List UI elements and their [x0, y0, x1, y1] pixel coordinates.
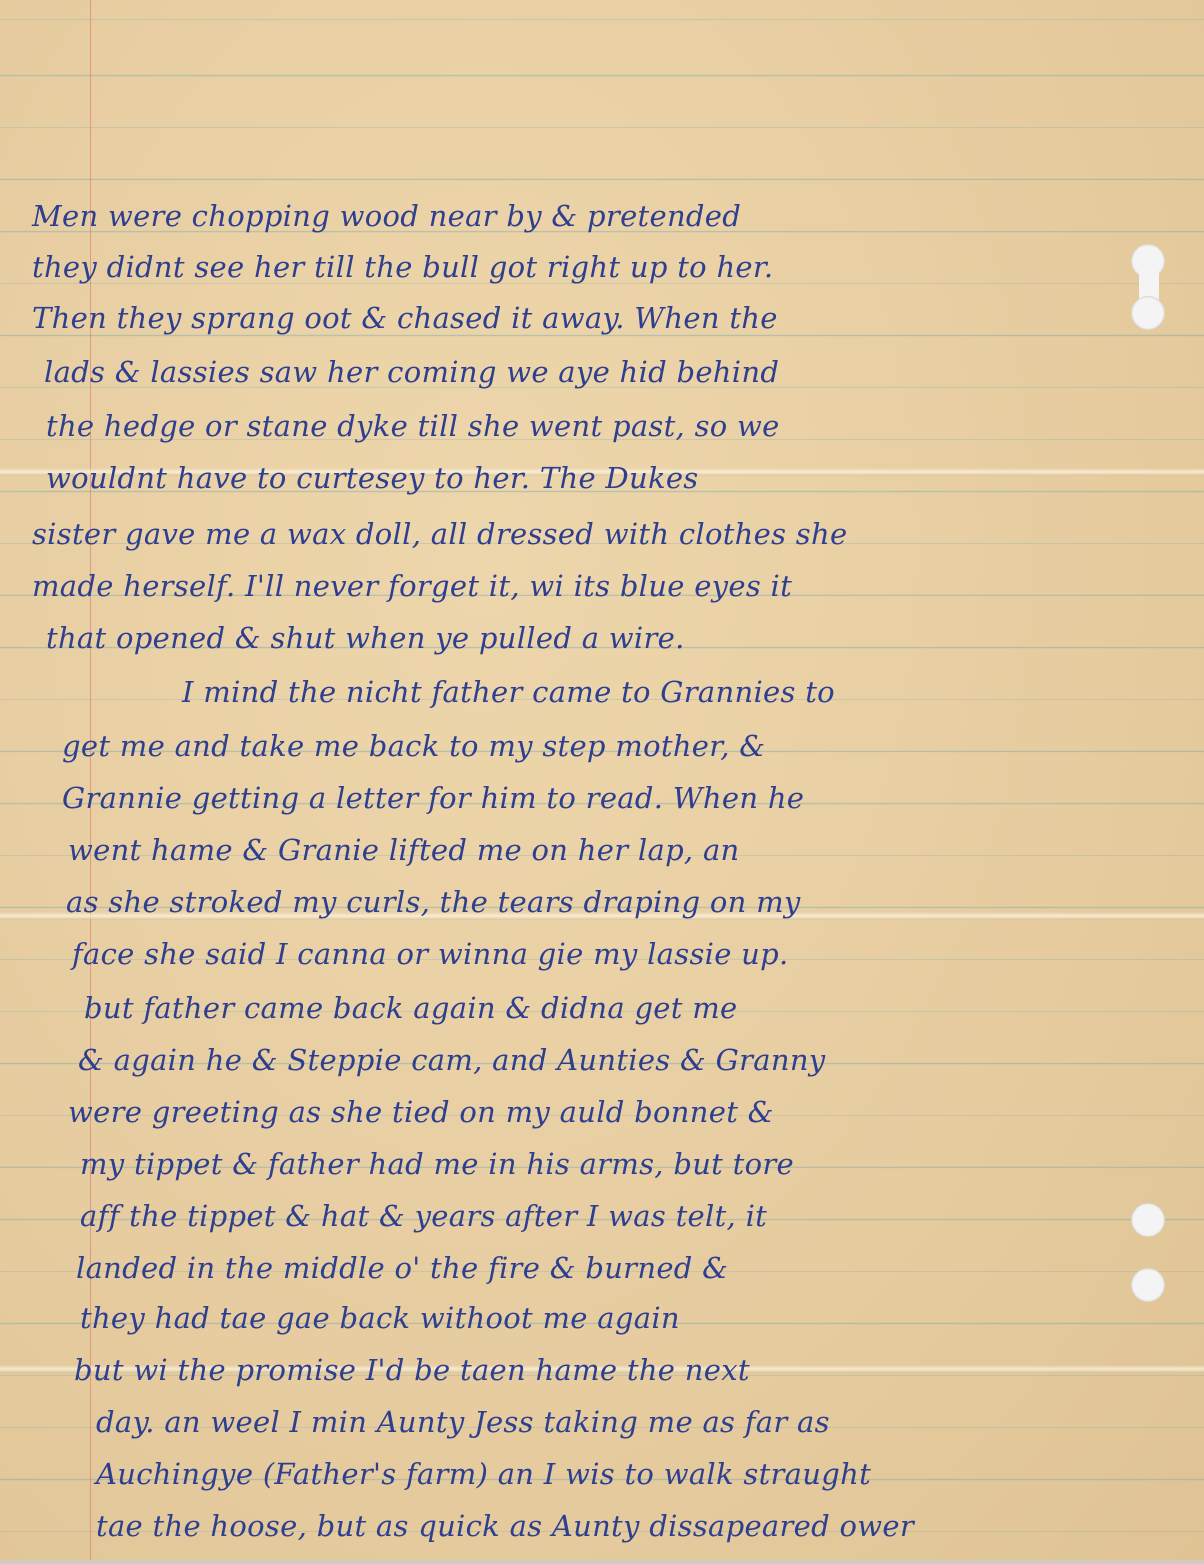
text-line: Men were chopping wood near by & pretend… — [32, 196, 741, 236]
text-line: wouldnt have to curtesey to her. The Duk… — [46, 458, 698, 498]
text-line: my tippet & father had me in his arms, b… — [80, 1144, 794, 1184]
text-line: were greeting as she tied on my auld bon… — [68, 1092, 774, 1132]
text-line: aff the tippet & hat & years after I was… — [80, 1196, 767, 1236]
handwritten-text: Men were chopping wood near by & pretend… — [0, 0, 1204, 1564]
text-line: Auchingye (Father's farm) an I wis to wa… — [96, 1454, 871, 1494]
text-line: face she said I canna or winna gie my la… — [72, 934, 789, 974]
text-line: they had tae gae back withoot me again — [80, 1298, 680, 1338]
text-line: that opened & shut when ye pulled a wire… — [46, 618, 685, 658]
scan-edge — [0, 1560, 1204, 1564]
text-line: tae the hoose, but as quick as Aunty dis… — [96, 1506, 914, 1546]
text-line: went hame & Granie lifted me on her lap,… — [68, 830, 740, 870]
text-line: Grannie getting a letter for him to read… — [62, 778, 804, 818]
text-line: sister gave me a wax doll, all dressed w… — [32, 514, 847, 554]
text-line: as she stroked my curls, the tears drapi… — [66, 882, 801, 922]
text-line: lads & lassies saw her coming we aye hid… — [44, 352, 779, 392]
text-line: landed in the middle o' the fire & burne… — [76, 1248, 728, 1288]
letter-page: Men were chopping wood near by & pretend… — [0, 0, 1204, 1564]
text-line: Then they sprang oot & chased it away. W… — [32, 298, 778, 338]
text-line: made herself. I'll never forget it, wi i… — [32, 566, 792, 606]
text-line: get me and take me back to my step mothe… — [62, 726, 765, 766]
text-line: I mind the nicht father came to Grannies… — [182, 672, 835, 712]
text-line: but wi the promise I'd be taen hame the … — [74, 1350, 750, 1390]
text-line: but father came back again & didna get m… — [84, 988, 738, 1028]
text-line: they didnt see her till the bull got rig… — [32, 247, 773, 287]
text-line: day. an weel I min Aunty Jess taking me … — [96, 1402, 830, 1442]
text-line: the hedge or stane dyke till she went pa… — [46, 406, 780, 446]
text-line: & again he & Steppie cam, and Aunties & … — [78, 1040, 826, 1080]
